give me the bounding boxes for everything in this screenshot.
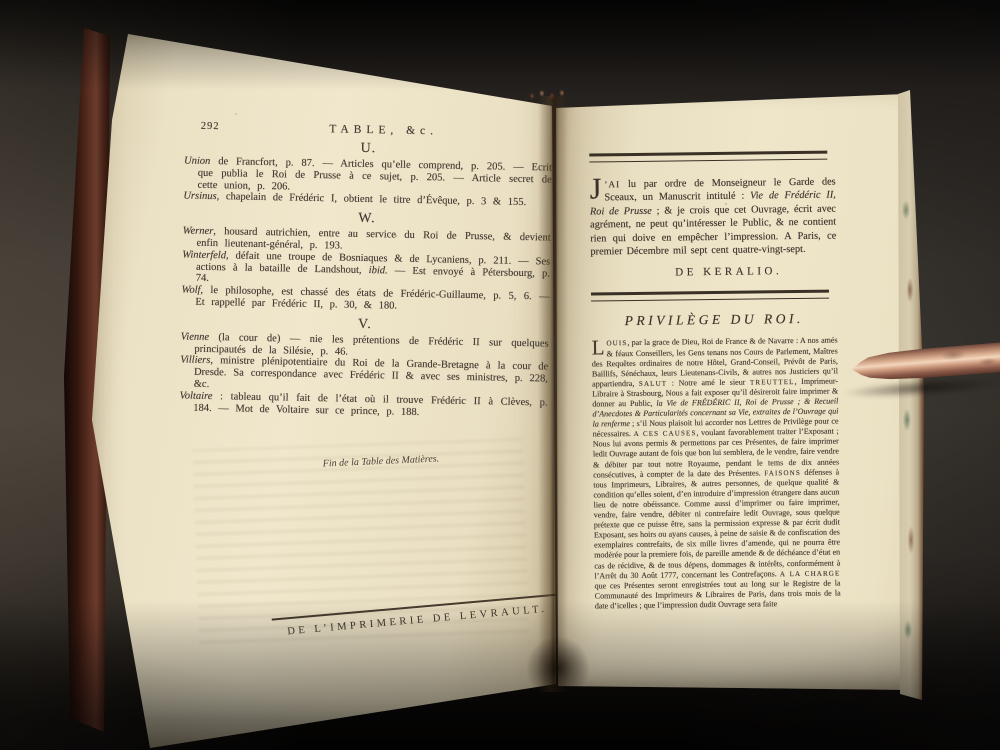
copper-pen: [838, 327, 1000, 401]
right-page-content: J’AI lu par ordre de Monseigneur le Gard…: [589, 141, 841, 612]
gutter-bottom-shadow: [526, 636, 590, 700]
pen-body: [851, 341, 1000, 384]
privilege-paragraph: LOUIS, par la grace de Dieu, Roi de Fran…: [592, 336, 841, 612]
approbation-signature: DE KERALIO.: [621, 265, 837, 280]
gutter-shadow: [538, 96, 568, 692]
page-number: 292: [201, 121, 220, 132]
dropcap-l: L: [592, 340, 605, 356]
table-header-row: 292 TABLE, &c.: [185, 120, 553, 139]
table-title: TABLE, &c.: [329, 123, 438, 137]
dropcap-j: J: [590, 178, 602, 200]
privilege-text: OUIS, par la grace de Dieu, Roi de Franc…: [592, 336, 841, 610]
approbation-text: ’AI lu par ordre de Monseigneur le Garde…: [590, 177, 836, 258]
ornamental-rule-top: [589, 151, 827, 163]
approbation-paragraph: J’AI lu par ordre de Monseigneur le Gard…: [590, 176, 837, 259]
photo: 292 TABLE, &c. U. Union de Francfort, p.…: [0, 0, 1000, 750]
table-of-contents: 292 TABLE, &c. U. Union de Francfort, p.…: [179, 120, 553, 420]
privilege-title: PRIVILÈGE DU ROI.: [591, 311, 837, 330]
ornamental-rule-middle: [591, 290, 829, 302]
left-page: 292 TABLE, &c. U. Union de Francfort, p.…: [86, 24, 562, 750]
